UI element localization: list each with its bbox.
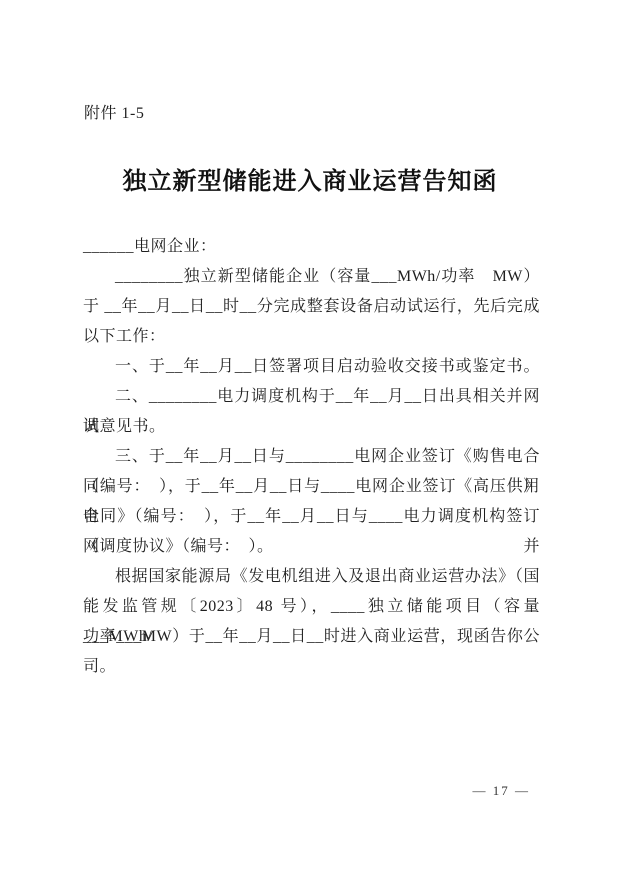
document-body: ______电网企业：________独立新型储能企业（容量___MWh/功率 … — [83, 232, 540, 682]
document-line: 一、于__年__月__日签署项目启动验收交接书或鉴定书。 — [83, 352, 540, 382]
document-line: 试意见书。 — [83, 412, 540, 442]
document-line: 根据国家能源局《发电机组进入及退出商业运营办法》（国 — [83, 562, 540, 592]
document-line: 合同》（编号： ），于__年__月__日与____电力调度机构签订《并 — [83, 502, 540, 532]
document-line: ______电网企业： — [83, 232, 540, 262]
document-line: 以下工作： — [83, 322, 540, 352]
document-line: （编号： ），于__年__月__日与____电网企业签订《高压供用电 — [83, 472, 540, 502]
document-line: 二、________电力调度机构于__年__月__日出具相关并网调 — [83, 382, 540, 412]
attachment-label: 附件 1-5 — [84, 100, 144, 123]
page-title: 独立新型储能进入商业运营告知函 — [0, 161, 620, 196]
document-page: 附件 1-5 独立新型储能进入商业运营告知函 ______电网企业：______… — [0, 0, 620, 876]
document-line: 能发监管规〔2023〕48 号），____独立储能项目（容量___MWh/ — [83, 592, 540, 622]
page-number: — 17 — — [473, 783, 531, 799]
document-line: 司。 — [83, 652, 540, 682]
document-line: 功率___MW）于__年__月__日__时进入商业运营，现函告你公 — [83, 622, 540, 652]
document-line: 三、于__年__月__日与________电网企业签订《购售电合同》 — [83, 442, 540, 472]
document-line: ________独立新型储能企业（容量___MWh/功率 MW） — [83, 262, 540, 292]
document-line: 于 __年__月__日__时__分完成整套设备启动试运行，先后完成 — [83, 292, 540, 322]
